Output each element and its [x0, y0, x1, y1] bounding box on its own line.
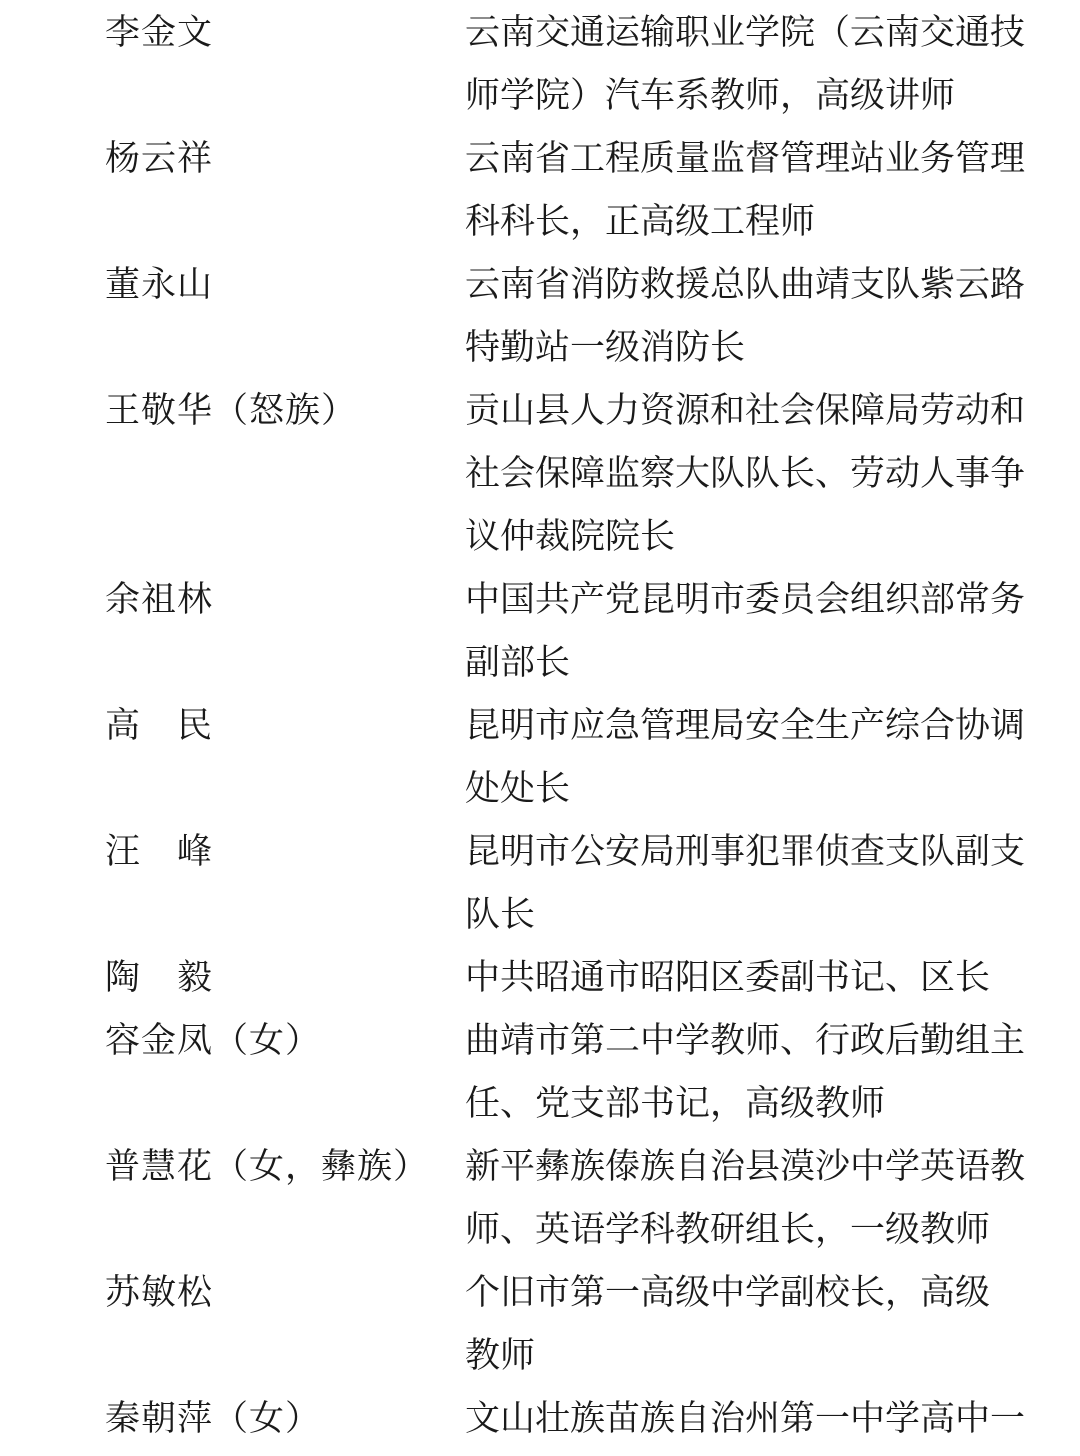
person-name: 杨云祥	[105, 127, 465, 190]
person-name: 普慧花（女，彝族）	[105, 1135, 465, 1198]
person-position: 中国共产党昆明市委员会组织部常务副部长	[465, 568, 1045, 694]
position-line: 昆明市应急管理局安全生产综合协调	[465, 694, 1045, 757]
person-position: 昆明市公安局刑事犯罪侦查支队副支队长	[465, 820, 1045, 946]
person-name: 陶 毅	[105, 946, 465, 1009]
person-position: 云南省消防救援总队曲靖支队紫云路特勤站一级消防长	[465, 253, 1045, 379]
person-name: 苏敏松	[105, 1261, 465, 1324]
roster-entry: 苏敏松个旧市第一高级中学副校长，高级教师	[105, 1261, 1080, 1387]
position-line: 新平彝族傣族自治县漠沙中学英语教	[465, 1135, 1045, 1198]
position-line: 副部长	[465, 631, 1045, 694]
roster-entry: 容金凤（女）曲靖市第二中学教师、行政后勤组主任、党支部书记，高级教师	[105, 1009, 1080, 1135]
roster-entry: 李金文云南交通运输职业学院（云南交通技师学院）汽车系教师，高级讲师	[105, 1, 1080, 127]
position-line: 中共昭通市昭阳区委副书记、区长	[465, 946, 1045, 1009]
position-line: 处处长	[465, 757, 1045, 820]
person-position: 新平彝族傣族自治县漠沙中学英语教师、英语学科教研组长，一级教师	[465, 1135, 1045, 1261]
position-line: 社会保障监察大队队长、劳动人事争	[465, 442, 1045, 505]
award-roster-page: 李金文云南交通运输职业学院（云南交通技师学院）汽车系教师，高级讲师杨云祥云南省工…	[0, 0, 1080, 1456]
person-position: 曲靖市第二中学教师、行政后勤组主任、党支部书记，高级教师	[465, 1009, 1045, 1135]
roster-entry: 陶 毅中共昭通市昭阳区委副书记、区长	[105, 946, 1080, 1009]
roster-entry: 杨云祥云南省工程质量监督管理站业务管理科科长，正高级工程师	[105, 127, 1080, 253]
person-position: 文山壮族苗族自治州第一中学高中一	[465, 1387, 1045, 1450]
position-line: 云南省工程质量监督管理站业务管理	[465, 127, 1045, 190]
position-line: 特勤站一级消防长	[465, 316, 1045, 379]
person-name: 高 民	[105, 694, 465, 757]
roster-entry: 高 民昆明市应急管理局安全生产综合协调处处长	[105, 694, 1080, 820]
person-name: 王敬华（怒族）	[105, 379, 465, 442]
person-name: 秦朝萍（女）	[105, 1387, 465, 1450]
roster-entry: 普慧花（女，彝族）新平彝族傣族自治县漠沙中学英语教师、英语学科教研组长，一级教师	[105, 1135, 1080, 1261]
position-line: 昆明市公安局刑事犯罪侦查支队副支	[465, 820, 1045, 883]
position-line: 中国共产党昆明市委员会组织部常务	[465, 568, 1045, 631]
person-name: 汪 峰	[105, 820, 465, 883]
position-line: 个旧市第一高级中学副校长，高级	[465, 1261, 1045, 1324]
roster-entry: 汪 峰昆明市公安局刑事犯罪侦查支队副支队长	[105, 820, 1080, 946]
position-line: 队长	[465, 883, 1045, 946]
position-line: 云南交通运输职业学院（云南交通技	[465, 1, 1045, 64]
person-position: 个旧市第一高级中学副校长，高级教师	[465, 1261, 1045, 1387]
roster-entry: 秦朝萍（女）文山壮族苗族自治州第一中学高中一	[105, 1387, 1080, 1450]
person-name: 余祖林	[105, 568, 465, 631]
roster-entry: 王敬华（怒族）贡山县人力资源和社会保障局劳动和社会保障监察大队队长、劳动人事争议…	[105, 379, 1080, 568]
roster-entry: 余祖林中国共产党昆明市委员会组织部常务副部长	[105, 568, 1080, 694]
person-position: 贡山县人力资源和社会保障局劳动和社会保障监察大队队长、劳动人事争议仲裁院院长	[465, 379, 1045, 568]
position-line: 师、英语学科教研组长，一级教师	[465, 1198, 1045, 1261]
position-line: 议仲裁院院长	[465, 505, 1045, 568]
person-position: 中共昭通市昭阳区委副书记、区长	[465, 946, 1045, 1009]
position-line: 云南省消防救援总队曲靖支队紫云路	[465, 253, 1045, 316]
position-line: 教师	[465, 1324, 1045, 1387]
person-name: 容金凤（女）	[105, 1009, 465, 1072]
person-position: 云南交通运输职业学院（云南交通技师学院）汽车系教师，高级讲师	[465, 1, 1045, 127]
roster-entry: 董永山云南省消防救援总队曲靖支队紫云路特勤站一级消防长	[105, 253, 1080, 379]
position-line: 贡山县人力资源和社会保障局劳动和	[465, 379, 1045, 442]
position-line: 任、党支部书记，高级教师	[465, 1072, 1045, 1135]
roster-list: 李金文云南交通运输职业学院（云南交通技师学院）汽车系教师，高级讲师杨云祥云南省工…	[105, 1, 1080, 1450]
person-position: 昆明市应急管理局安全生产综合协调处处长	[465, 694, 1045, 820]
person-position: 云南省工程质量监督管理站业务管理科科长，正高级工程师	[465, 127, 1045, 253]
person-name: 李金文	[105, 1, 465, 64]
position-line: 师学院）汽车系教师，高级讲师	[465, 64, 1045, 127]
person-name: 董永山	[105, 253, 465, 316]
position-line: 曲靖市第二中学教师、行政后勤组主	[465, 1009, 1045, 1072]
position-line: 科科长，正高级工程师	[465, 190, 1045, 253]
position-line: 文山壮族苗族自治州第一中学高中一	[465, 1387, 1045, 1450]
